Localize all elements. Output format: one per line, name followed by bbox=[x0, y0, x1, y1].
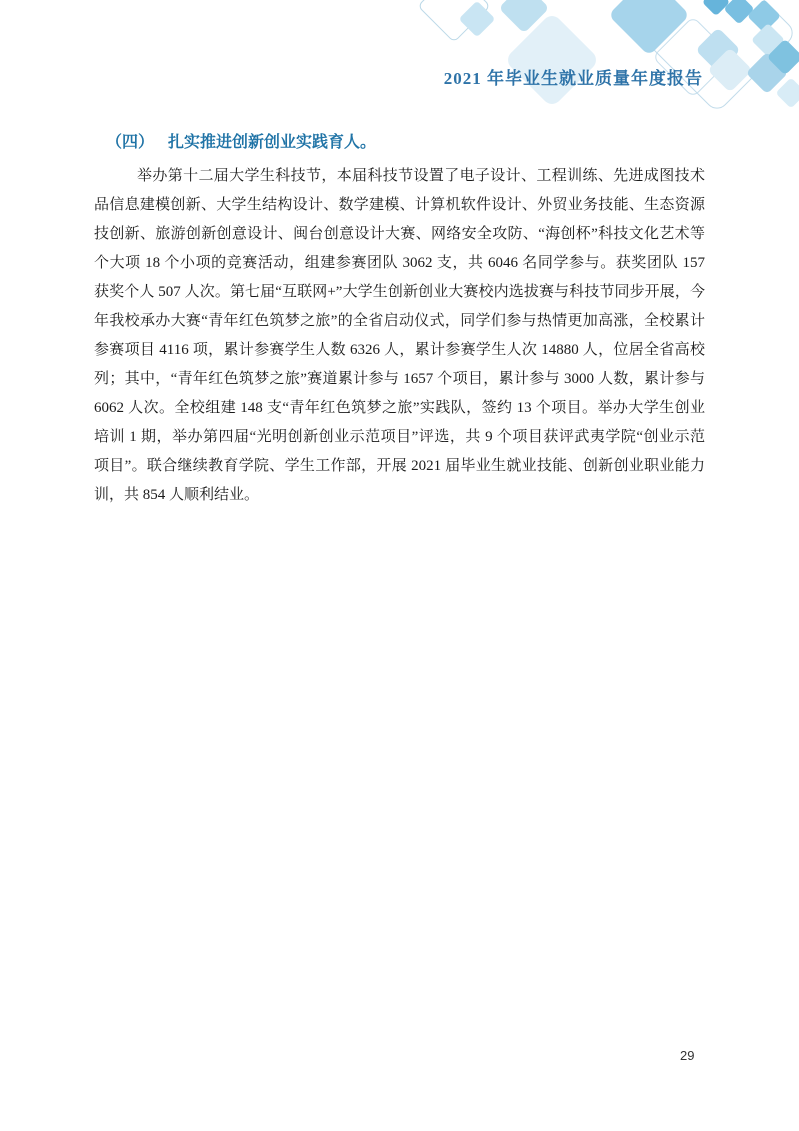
paragraph-line: 举办第十二届大学生科技节，本届科技节设置了电子设计、工程训练、先进成图技术与产 bbox=[94, 162, 705, 191]
paragraph-line: 获奖个人 507 人次。第七届“互联网+”大学生创新创业大赛校内选拔赛与科技节同… bbox=[94, 278, 705, 307]
section-title: 扎实推进创新创业实践育人。 bbox=[168, 134, 376, 151]
paragraph-line: 个大项 18 个小项的竞赛活动，组建参赛团队 3062 支，共 6046 名同学… bbox=[94, 249, 705, 278]
report-header-title: 2021 年毕业生就业质量年度报告 bbox=[444, 64, 703, 89]
decor-square bbox=[707, 47, 752, 92]
decor-square bbox=[608, 0, 690, 56]
report-page: 2021 年毕业生就业质量年度报告 （四）扎实推进创新创业实践育人。 举办第十二… bbox=[0, 0, 799, 1131]
section-number: （四） bbox=[106, 134, 154, 151]
decor-square bbox=[751, 23, 785, 57]
decor-square bbox=[499, 0, 550, 33]
decor-square bbox=[723, 0, 754, 25]
decor-square bbox=[746, 52, 788, 94]
paragraph-line: 参赛项目 4116 项，累计参赛学生人数 6326 人，累计参赛学生人次 148… bbox=[94, 336, 705, 365]
body-paragraph: 举办第十二届大学生科技节，本届科技节设置了电子设计、工程训练、先进成图技术与产 … bbox=[94, 162, 705, 510]
paragraph-line: 年我校承办大赛“青年红色筑梦之旅”的全省启动仪式，同学们参与热情更加高涨，全校累… bbox=[94, 307, 705, 336]
paragraph-line: 培训 1 期，举办第四届“光明创新创业示范项目”评选，共 9 个项目获评武夷学院… bbox=[94, 423, 705, 452]
decor-square bbox=[702, 0, 730, 16]
decor-square bbox=[775, 77, 799, 108]
decor-outline-diamond bbox=[636, 0, 797, 114]
decor-square bbox=[767, 39, 799, 76]
decor-outline-diamond bbox=[417, 0, 491, 43]
paragraph-line: 列；其中，“青年红色筑梦之旅”赛道累计参与 1657 个项目，累计参与 3000… bbox=[94, 365, 705, 394]
decor-square bbox=[747, 0, 781, 33]
decor-square bbox=[459, 1, 496, 38]
paragraph-line: 训，共 854 人顺利结业。 bbox=[94, 481, 705, 510]
page-number: 29 bbox=[680, 1048, 694, 1063]
paragraph-line: 项目”。联合继续教育学院、学生工作部，开展 2021 届毕业生就业技能、创新创业… bbox=[94, 452, 705, 481]
paragraph-line: 6062 人次。全校组建 148 支“青年红色筑梦之旅”实践队，签约 13 个项… bbox=[94, 394, 705, 423]
decor-square bbox=[504, 12, 600, 108]
section-heading: （四）扎实推进创新创业实践育人。 bbox=[106, 129, 376, 152]
paragraph-line: 品信息建模创新、大学生结构设计、数学建模、计算机软件设计、外贸业务技能、生态资源… bbox=[94, 191, 705, 220]
paragraph-line: 技创新、旅游创新创意设计、闽台创意设计大赛、网络安全攻防、“海创杯”科技文化艺术… bbox=[94, 220, 705, 249]
